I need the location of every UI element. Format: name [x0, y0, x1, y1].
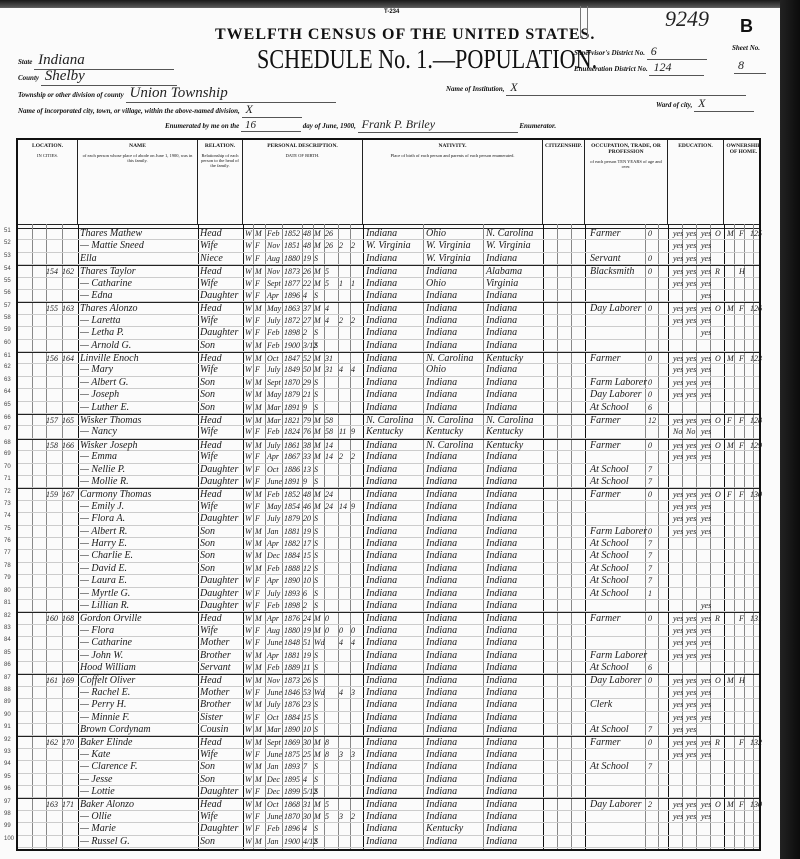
- cell-english: yes: [701, 600, 711, 612]
- enumeration-field: Enumeration District No. 124: [574, 60, 704, 76]
- cell-birth: N. Carolina: [366, 415, 413, 427]
- sheet-label: Sheet No.: [732, 44, 760, 52]
- cell-owned: O: [715, 415, 721, 427]
- line-number: 86: [4, 662, 11, 668]
- line-number: 51: [4, 228, 11, 234]
- cell-sex: M: [255, 526, 262, 538]
- table-row: 66157165Wisker ThomasHeadWMMar182179M58N…: [18, 414, 759, 426]
- cell-name: — Harry E.: [80, 538, 127, 550]
- cell-name: Wisker Thomas: [80, 415, 141, 427]
- cell-father: Ohio: [426, 228, 446, 240]
- table-row: 74— Flora A.DaughterWFJuly187920SIndiana…: [18, 513, 759, 525]
- line-number: 77: [4, 550, 11, 556]
- cell-age: 76: [303, 426, 311, 438]
- cell-mother: Indiana: [486, 451, 517, 463]
- table-row: 77— Charlie E.SonWMDec188415SIndianaIndi…: [18, 550, 759, 562]
- cell-race: W: [245, 724, 252, 736]
- cell-married-years: 4: [325, 315, 329, 327]
- cell-mother: Indiana: [486, 836, 517, 848]
- cell-month: Oct: [267, 712, 279, 724]
- cell-owned: R: [715, 613, 720, 625]
- cell-father: Indiana: [426, 650, 457, 662]
- cell-read: yes: [673, 266, 683, 278]
- cell-name: — Laretta: [80, 315, 120, 327]
- cell-family: 171: [62, 799, 74, 811]
- cell-month: Mar: [267, 415, 281, 427]
- cell-birth: Indiana: [366, 687, 397, 699]
- enumerated-field: Enumerated by me on the 16 day of June, …: [165, 117, 556, 133]
- cell-family: 168: [62, 613, 74, 625]
- cell-sex: M: [255, 402, 262, 414]
- cell-marital: S: [314, 675, 318, 687]
- cell-age: 51: [303, 637, 311, 649]
- cell-year: 1896: [284, 823, 300, 835]
- cell-race: W: [245, 389, 252, 401]
- cell-father: Indiana: [426, 588, 457, 600]
- cell-month: July: [267, 699, 280, 711]
- cell-mother: Indiana: [486, 774, 517, 786]
- cell-sex: F: [255, 426, 260, 438]
- cell-name: — Ollie: [80, 811, 111, 823]
- cell-write: yes: [686, 724, 696, 736]
- cell-year: 1899: [284, 786, 300, 798]
- sheet-number: 8: [734, 58, 766, 74]
- line-number: 52: [4, 240, 11, 246]
- cell-birth: Indiana: [366, 489, 397, 501]
- cell-relation: Wife: [200, 315, 218, 327]
- cell-occupation: Farmer: [590, 353, 621, 365]
- cell-father: Indiana: [426, 761, 457, 773]
- line-number: 78: [4, 563, 11, 569]
- cell-relation: Son: [200, 526, 215, 538]
- cell-year: 1824: [284, 426, 300, 438]
- cell-marital: M: [314, 501, 321, 513]
- cell-father: Indiana: [426, 266, 457, 278]
- cell-relation: Wife: [200, 625, 218, 637]
- citizenship-header: CITIZENSHIP.: [543, 140, 585, 224]
- table-row: 65— Luther E.SonWMMar18919SIndianaIndian…: [18, 402, 759, 414]
- cell-name: Coffelt Oliver: [80, 675, 135, 687]
- cell-birth: W. Virginia: [366, 240, 411, 252]
- cell-married-years: 0: [325, 613, 329, 625]
- cell-month: Apr: [267, 575, 279, 587]
- cell-race: W: [245, 501, 252, 513]
- cell-father: Indiana: [426, 836, 457, 848]
- cell-mortgage: F: [727, 415, 732, 427]
- cell-father: Kentucky: [426, 426, 463, 438]
- cell-birth: Indiana: [366, 563, 397, 575]
- cell-children-born: 1: [339, 278, 343, 290]
- sheet-number-field: 8: [734, 58, 766, 74]
- cell-read: yes: [673, 501, 683, 513]
- ward-value: X: [694, 96, 754, 112]
- line-number: 67: [4, 426, 11, 432]
- cell-year: 1884: [284, 712, 300, 724]
- cell-farm: F: [739, 228, 744, 240]
- cell-dwelling: 160: [46, 613, 58, 625]
- cell-race: W: [245, 774, 252, 786]
- cell-age: 46: [303, 501, 311, 513]
- cell-occupation: Farmer: [590, 440, 621, 452]
- cell-birth: Kentucky: [366, 426, 403, 438]
- cell-married-years: 0: [325, 625, 329, 637]
- cell-race: W: [245, 253, 252, 265]
- cell-father: Indiana: [426, 501, 457, 513]
- cell-owned: O: [715, 489, 721, 501]
- cell-marital: Wd: [314, 687, 325, 699]
- cell-month: Feb: [267, 563, 279, 575]
- cell-children-living: 3: [351, 687, 355, 699]
- cell-mother: Kentucky: [486, 426, 523, 438]
- cell-father: Indiana: [426, 315, 457, 327]
- cell-name: — Lottie: [80, 786, 115, 798]
- cell-relation: Daughter: [200, 786, 238, 798]
- cell-farm: H: [739, 675, 745, 687]
- cell-children-born: 3: [339, 811, 343, 823]
- cell-race: W: [245, 228, 252, 240]
- cell-occupation: At School: [590, 476, 629, 488]
- cell-marital: M: [314, 303, 321, 315]
- line-number: 55: [4, 278, 11, 284]
- cell-birth: Indiana: [366, 575, 397, 587]
- table-row: 60— Arnold G.SonWMFeb19003/12SIndianaInd…: [18, 340, 759, 352]
- cell-year: 1890: [284, 575, 300, 587]
- cell-marital: S: [314, 538, 318, 550]
- cell-father: Indiana: [426, 340, 457, 352]
- cell-age: 31: [303, 799, 311, 811]
- cell-birth: Indiana: [366, 501, 397, 513]
- cell-schedule: 129: [750, 440, 762, 452]
- cell-birth: Indiana: [366, 340, 397, 352]
- cell-occupation: Farm Laborer: [590, 377, 647, 389]
- cell-marital: S: [314, 377, 318, 389]
- cell-occupation: At School: [590, 538, 629, 550]
- line-number: 100: [4, 836, 14, 842]
- cell-month: May: [267, 389, 281, 401]
- cell-marital: S: [314, 550, 318, 562]
- cell-sex: M: [255, 550, 262, 562]
- cell-month: Dec: [267, 774, 280, 786]
- cell-year: 1870: [284, 811, 300, 823]
- cell-birth: Indiana: [366, 278, 397, 290]
- cell-name: — Laura E.: [80, 575, 127, 587]
- cell-father: Indiana: [426, 526, 457, 538]
- township-value: Union Township: [126, 85, 336, 103]
- cell-father: Indiana: [426, 625, 457, 637]
- cell-year: 1849: [284, 364, 300, 376]
- census-title: TWELFTH CENSUS OF THE UNITED STATES.: [215, 26, 595, 44]
- cell-age: 22: [303, 278, 311, 290]
- table-row: 81— Lillian R.DaughterWFFeb18982SIndiana…: [18, 600, 759, 612]
- cell-months-unemployed: 0: [648, 353, 652, 365]
- cell-name: Hood William: [80, 662, 136, 674]
- cell-relation: Son: [200, 377, 215, 389]
- table-row: 100— Russel G.SonWMJan19004/12SIndianaIn…: [18, 836, 759, 848]
- table-row: 54154162Thares TaylorHeadWMNov187326M5In…: [18, 265, 759, 277]
- cell-occupation: At School: [590, 724, 629, 736]
- cell-month: Feb: [267, 662, 279, 674]
- cell-age: 10: [303, 575, 311, 587]
- cell-sex: M: [255, 761, 262, 773]
- cell-read: yes: [673, 737, 683, 749]
- cell-write: yes: [686, 266, 696, 278]
- cell-relation: Daughter: [200, 575, 238, 587]
- cell-months-unemployed: 7: [648, 761, 652, 773]
- cell-race: W: [245, 637, 252, 649]
- cell-mother: Indiana: [486, 637, 517, 649]
- cell-mortgage: M: [727, 675, 734, 687]
- table-row: 86Hood WilliamServantWMFeb188911SIndiana…: [18, 662, 759, 674]
- cell-father: Indiana: [426, 377, 457, 389]
- cell-write: yes: [686, 415, 696, 427]
- cell-relation: Son: [200, 550, 215, 562]
- cell-age: 11: [303, 662, 310, 674]
- table-row: 79— Laura E.DaughterWFApr189010SIndianaI…: [18, 575, 759, 587]
- cell-father: N. Carolina: [426, 440, 473, 452]
- cell-month: July: [267, 364, 280, 376]
- cell-birth: Indiana: [366, 513, 397, 525]
- cell-mortgage: M: [727, 440, 734, 452]
- cell-year: 1889: [284, 662, 300, 674]
- cell-read: yes: [673, 749, 683, 761]
- cell-marital: M: [314, 440, 321, 452]
- line-number: 79: [4, 575, 11, 581]
- cell-year: 1873: [284, 675, 300, 687]
- cell-mother: Indiana: [486, 402, 517, 414]
- cell-occupation: At School: [590, 588, 629, 600]
- cell-write: yes: [686, 377, 696, 389]
- cell-read: yes: [673, 377, 683, 389]
- cell-race: W: [245, 737, 252, 749]
- cell-birth: Indiana: [366, 675, 397, 687]
- cell-sex: M: [255, 340, 262, 352]
- cell-birth: Indiana: [366, 662, 397, 674]
- cell-married-years: 14: [325, 440, 333, 452]
- cell-occupation: At School: [590, 464, 629, 476]
- cell-sex: M: [255, 675, 262, 687]
- cell-english: yes: [701, 489, 711, 501]
- cell-father: Indiana: [426, 811, 457, 823]
- line-number: 65: [4, 402, 11, 408]
- cell-dwelling: 161: [46, 675, 58, 687]
- cell-children-living: 2: [351, 240, 355, 252]
- cell-relation: Head: [200, 613, 222, 625]
- cell-relation: Head: [200, 266, 222, 278]
- cell-write: yes: [686, 687, 696, 699]
- cell-children-born: 4: [339, 637, 343, 649]
- table-row: 61156164Linville EnochHeadWMOct184752M31…: [18, 352, 759, 364]
- cell-sex: F: [255, 290, 260, 302]
- cell-sex: F: [255, 687, 260, 699]
- cell-father: N. Carolina: [426, 353, 473, 365]
- cell-mother: Indiana: [486, 650, 517, 662]
- cell-schedule: 128: [750, 415, 762, 427]
- line-number: 96: [4, 786, 11, 792]
- cell-race: W: [245, 588, 252, 600]
- cell-age: 30: [303, 811, 311, 823]
- cell-name: — Mollie R.: [80, 476, 129, 488]
- cell-read: No: [673, 426, 682, 438]
- cell-name: — Marie: [80, 823, 116, 835]
- table-row: 85— John W.BrotherWMApr188119SIndianaInd…: [18, 650, 759, 662]
- cell-birth: Indiana: [366, 625, 397, 637]
- cell-sex: F: [255, 501, 260, 513]
- cell-month: June: [267, 687, 282, 699]
- cell-birth: Indiana: [366, 550, 397, 562]
- cell-sex: M: [255, 650, 262, 662]
- cell-name: Ella: [80, 253, 97, 265]
- cell-owned: O: [715, 440, 721, 452]
- enumerator-name: Frank P. Briley: [358, 117, 518, 133]
- cell-year: 1893: [284, 761, 300, 773]
- cell-schedule: 132: [750, 737, 762, 749]
- cell-name: — Myrtle G.: [80, 588, 130, 600]
- cell-birth: Indiana: [366, 303, 397, 315]
- cell-sex: F: [255, 476, 260, 488]
- cell-name: Baker Alonzo: [80, 799, 134, 811]
- cell-mother: Indiana: [486, 699, 517, 711]
- line-number: 76: [4, 538, 11, 544]
- cell-name: Baker Elinde: [80, 737, 132, 749]
- cell-relation: Daughter: [200, 290, 238, 302]
- table-row: 75— Albert R.SonWMJan188119SIndianaIndia…: [18, 526, 759, 538]
- cell-english: yes: [701, 613, 711, 625]
- cell-write: yes: [686, 799, 696, 811]
- cell-birth: Indiana: [366, 451, 397, 463]
- cell-birth: Indiana: [366, 613, 397, 625]
- cell-month: Feb: [267, 823, 279, 835]
- cell-months-unemployed: 7: [648, 476, 652, 488]
- table-row: 94— Clarence F.SonWMJan18937SIndianaIndi…: [18, 761, 759, 773]
- cell-relation: Brother: [200, 699, 231, 711]
- cell-married-years: 5: [325, 278, 329, 290]
- cell-father: Indiana: [426, 303, 457, 315]
- form-code: T-234: [384, 9, 399, 15]
- cell-year: 1893: [284, 588, 300, 600]
- cell-age: 4: [303, 823, 307, 835]
- cell-write: yes: [686, 315, 696, 327]
- table-row: 57155163Thares AlonzoHeadWMMay186337M4In…: [18, 302, 759, 314]
- cell-race: W: [245, 451, 252, 463]
- cell-marital: M: [314, 278, 321, 290]
- cell-relation: Daughter: [200, 327, 238, 339]
- cell-children-born: 4: [339, 364, 343, 376]
- cell-sex: F: [255, 513, 260, 525]
- cell-birth: Indiana: [366, 799, 397, 811]
- cell-english: yes: [701, 675, 711, 687]
- cell-english: yes: [701, 327, 711, 339]
- cell-month: Mar: [267, 402, 281, 414]
- cell-relation: Son: [200, 340, 215, 352]
- cell-relation: Daughter: [200, 823, 238, 835]
- cell-father: Indiana: [426, 687, 457, 699]
- cell-months-unemployed: 7: [648, 724, 652, 736]
- cell-race: W: [245, 426, 252, 438]
- cell-english: yes: [701, 315, 711, 327]
- cell-birth: Indiana: [366, 476, 397, 488]
- cell-race: W: [245, 364, 252, 376]
- cell-age: 24: [303, 613, 311, 625]
- cell-mother: Indiana: [486, 327, 517, 339]
- cell-marital: S: [314, 389, 318, 401]
- cell-birth: Indiana: [366, 253, 397, 265]
- cell-father: Ohio: [426, 364, 446, 376]
- cell-name: — Emily J.: [80, 501, 124, 513]
- cell-month: May: [267, 501, 281, 513]
- scan-right-edge: [780, 0, 800, 859]
- cell-occupation: Farm Laborer: [590, 526, 647, 538]
- cell-birth: Indiana: [366, 836, 397, 848]
- cell-mortgage: M: [727, 228, 734, 240]
- cell-write: yes: [686, 811, 696, 823]
- line-number: 72: [4, 489, 11, 495]
- cell-farm: H: [739, 266, 745, 278]
- cell-year: 1873: [284, 266, 300, 278]
- table-row: 71— Mollie R.DaughterWFJune18919SIndiana…: [18, 476, 759, 488]
- cell-year: 1888: [284, 563, 300, 575]
- cell-english: yes: [701, 712, 711, 724]
- cell-schedule: 126: [750, 303, 762, 315]
- cell-birth: Indiana: [366, 327, 397, 339]
- cell-father: Indiana: [426, 550, 457, 562]
- cell-marital: S: [314, 464, 318, 476]
- cell-write: yes: [686, 613, 696, 625]
- cell-age: 4: [303, 290, 307, 302]
- cell-english: yes: [701, 637, 711, 649]
- cell-mother: Indiana: [486, 526, 517, 538]
- cell-month: Feb: [267, 426, 279, 438]
- cell-marital: M: [314, 613, 321, 625]
- table-row: 73— Emily J.WifeWFMay185446M24149Indiana…: [18, 501, 759, 513]
- cell-sex: F: [255, 315, 260, 327]
- cell-month: Jan: [267, 761, 279, 773]
- cell-father: Indiana: [426, 476, 457, 488]
- cell-months-unemployed: 7: [648, 538, 652, 550]
- cell-name: — Russel G.: [80, 836, 130, 848]
- cell-mother: Virginia: [486, 278, 518, 290]
- cell-mother: W. Virginia: [486, 240, 531, 252]
- line-number: 90: [4, 712, 11, 718]
- cell-age: 4: [303, 774, 307, 786]
- population-table: LOCATION.IN CITIES. NAMEof each person w…: [16, 138, 761, 851]
- cell-mother: Kentucky: [486, 440, 523, 452]
- table-row: 97163171Baker AlonzoHeadWMOct186831M5Ind…: [18, 798, 759, 810]
- cell-marital: M: [314, 749, 321, 761]
- cell-name: — Perry H.: [80, 699, 126, 711]
- cell-month: Apr: [267, 290, 279, 302]
- cell-father: Indiana: [426, 563, 457, 575]
- table-row: 55— CatharineWifeWFSept187722M511Indiana…: [18, 278, 759, 290]
- cell-months-unemployed: 0: [648, 389, 652, 401]
- cell-relation: Son: [200, 774, 215, 786]
- cell-sex: M: [255, 799, 262, 811]
- line-number: 80: [4, 588, 11, 594]
- cell-read: yes: [673, 526, 683, 538]
- cell-birth: Indiana: [366, 761, 397, 773]
- cell-age: 30: [303, 737, 311, 749]
- cell-relation: Wife: [200, 501, 218, 513]
- cell-months-unemployed: 0: [648, 377, 652, 389]
- cell-month: Apr: [267, 613, 279, 625]
- cell-mortgage: M: [727, 799, 734, 811]
- cell-occupation: Day Laborer: [590, 303, 642, 315]
- cell-month: Jan: [267, 836, 279, 848]
- cell-father: Indiana: [426, 699, 457, 711]
- cell-year: 1869: [284, 737, 300, 749]
- table-row: 98— OllieWifeWFJune187030M532IndianaIndi…: [18, 811, 759, 823]
- cell-year: 1900: [284, 836, 300, 848]
- cell-age: 48: [303, 228, 311, 240]
